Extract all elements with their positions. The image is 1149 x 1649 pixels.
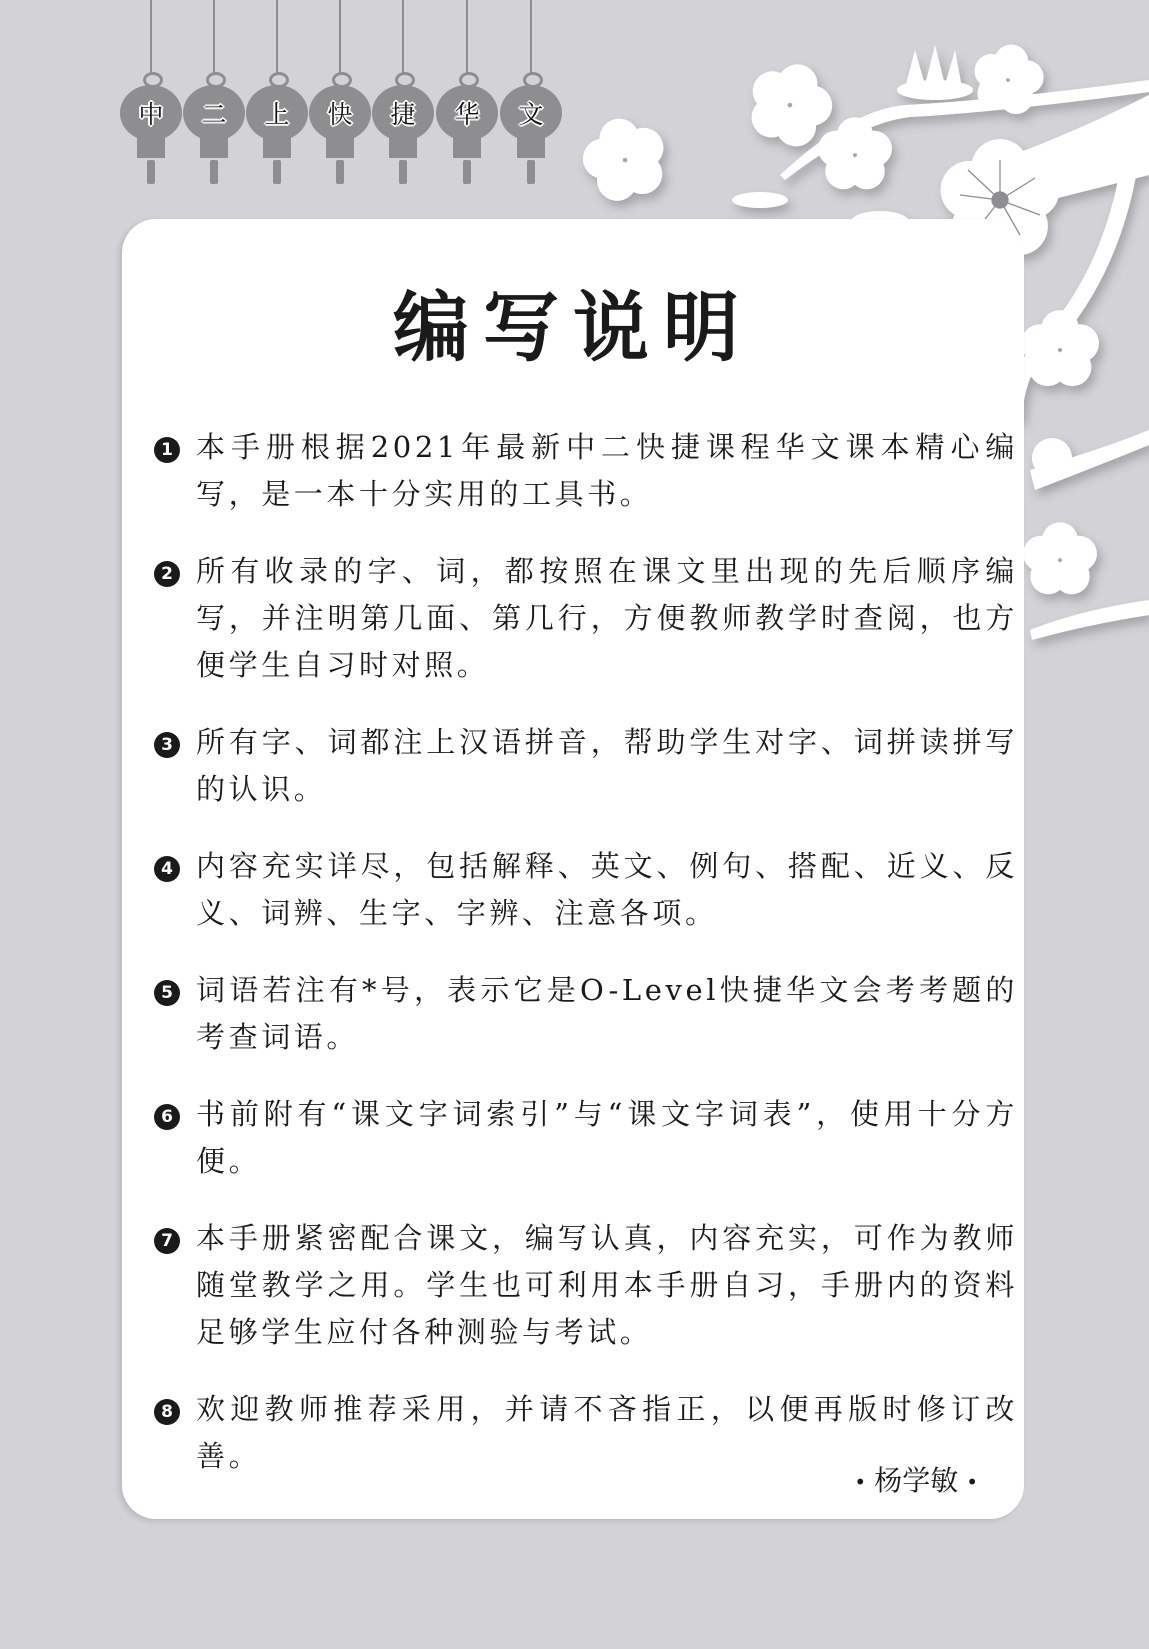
number-badge: 8 [154,1399,180,1425]
lantern-char: 快 [327,95,352,131]
lantern: 二 [183,0,245,190]
lantern-char: 文 [518,95,543,131]
lantern-char: 二 [201,95,226,131]
bullet-icon: • [966,1470,978,1494]
content-card: 编写说明 1 本手册根据2021年最新中二快捷课程华文课本精心编写，是一本十分实… [122,219,1024,1519]
lantern: 上 [246,0,308,190]
lantern-char: 华 [454,95,479,131]
number-badge: 2 [154,561,180,587]
lantern: 快 [309,0,371,190]
list-item: 3 所有字、词都注上汉语拼音，帮助学生对字、词拼读拼写的认识。 [152,719,1018,813]
lantern: 中 [120,0,182,190]
list-item-text: 本手册根据2021年最新中二快捷课程华文课本精心编写，是一本十分实用的工具书。 [196,424,1018,518]
number-badge: 6 [154,1104,180,1130]
series-title-lanterns: 中 二 上 快 捷 华 文 [120,0,570,190]
list-item: 5 词语若注有*号，表示它是O-Level快捷华文会考考题的考查词语。 [152,967,1018,1061]
notes-list: 1 本手册根据2021年最新中二快捷课程华文课本精心编写，是一本十分实用的工具书… [152,424,1018,1510]
lantern-char: 中 [138,95,163,131]
number-badge: 5 [154,980,180,1006]
lantern: 文 [500,0,562,190]
list-item: 6 书前附有“课文字词索引”与“课文字词表”，使用十分方便。 [152,1091,1018,1185]
author-name: 杨学敏 [874,1464,958,1497]
list-item-text: 内容充实详尽，包括解释、英文、例句、搭配、近义、反义、词辨、生字、字辨、注意各项… [196,843,1018,937]
list-item-text: 词语若注有*号，表示它是O-Level快捷华文会考考题的考查词语。 [196,967,1018,1061]
bullet-icon: • [854,1470,866,1494]
lantern-char: 捷 [390,95,415,131]
list-item-text: 本手册紧密配合课文，编写认真，内容充实，可作为教师随堂教学之用。学生也可利用本手… [196,1215,1018,1356]
list-item-text: 所有收录的字、词，都按照在课文里出现的先后顺序编写，并注明第几面、第几行，方便教… [196,548,1018,689]
list-item: 4 内容充实详尽，包括解释、英文、例句、搭配、近义、反义、词辨、生字、字辨、注意… [152,843,1018,937]
list-item: 7 本手册紧密配合课文，编写认真，内容充实，可作为教师随堂教学之用。学生也可利用… [152,1215,1018,1356]
lantern: 捷 [372,0,434,190]
page-title: 编写说明 [122,267,1024,376]
lantern-char: 上 [264,95,289,131]
number-badge: 3 [154,732,180,758]
number-badge: 7 [154,1228,180,1254]
number-badge: 4 [154,856,180,882]
list-item: 1 本手册根据2021年最新中二快捷课程华文课本精心编写，是一本十分实用的工具书… [152,424,1018,518]
number-badge: 1 [154,437,180,463]
list-item: 2 所有收录的字、词，都按照在课文里出现的先后顺序编写，并注明第几面、第几行，方… [152,548,1018,689]
author-signature: •杨学敏• [846,1459,986,1499]
list-item-text: 书前附有“课文字词索引”与“课文字词表”，使用十分方便。 [196,1091,1018,1185]
list-item-text: 所有字、词都注上汉语拼音，帮助学生对字、词拼读拼写的认识。 [196,719,1018,813]
lantern: 华 [436,0,498,190]
